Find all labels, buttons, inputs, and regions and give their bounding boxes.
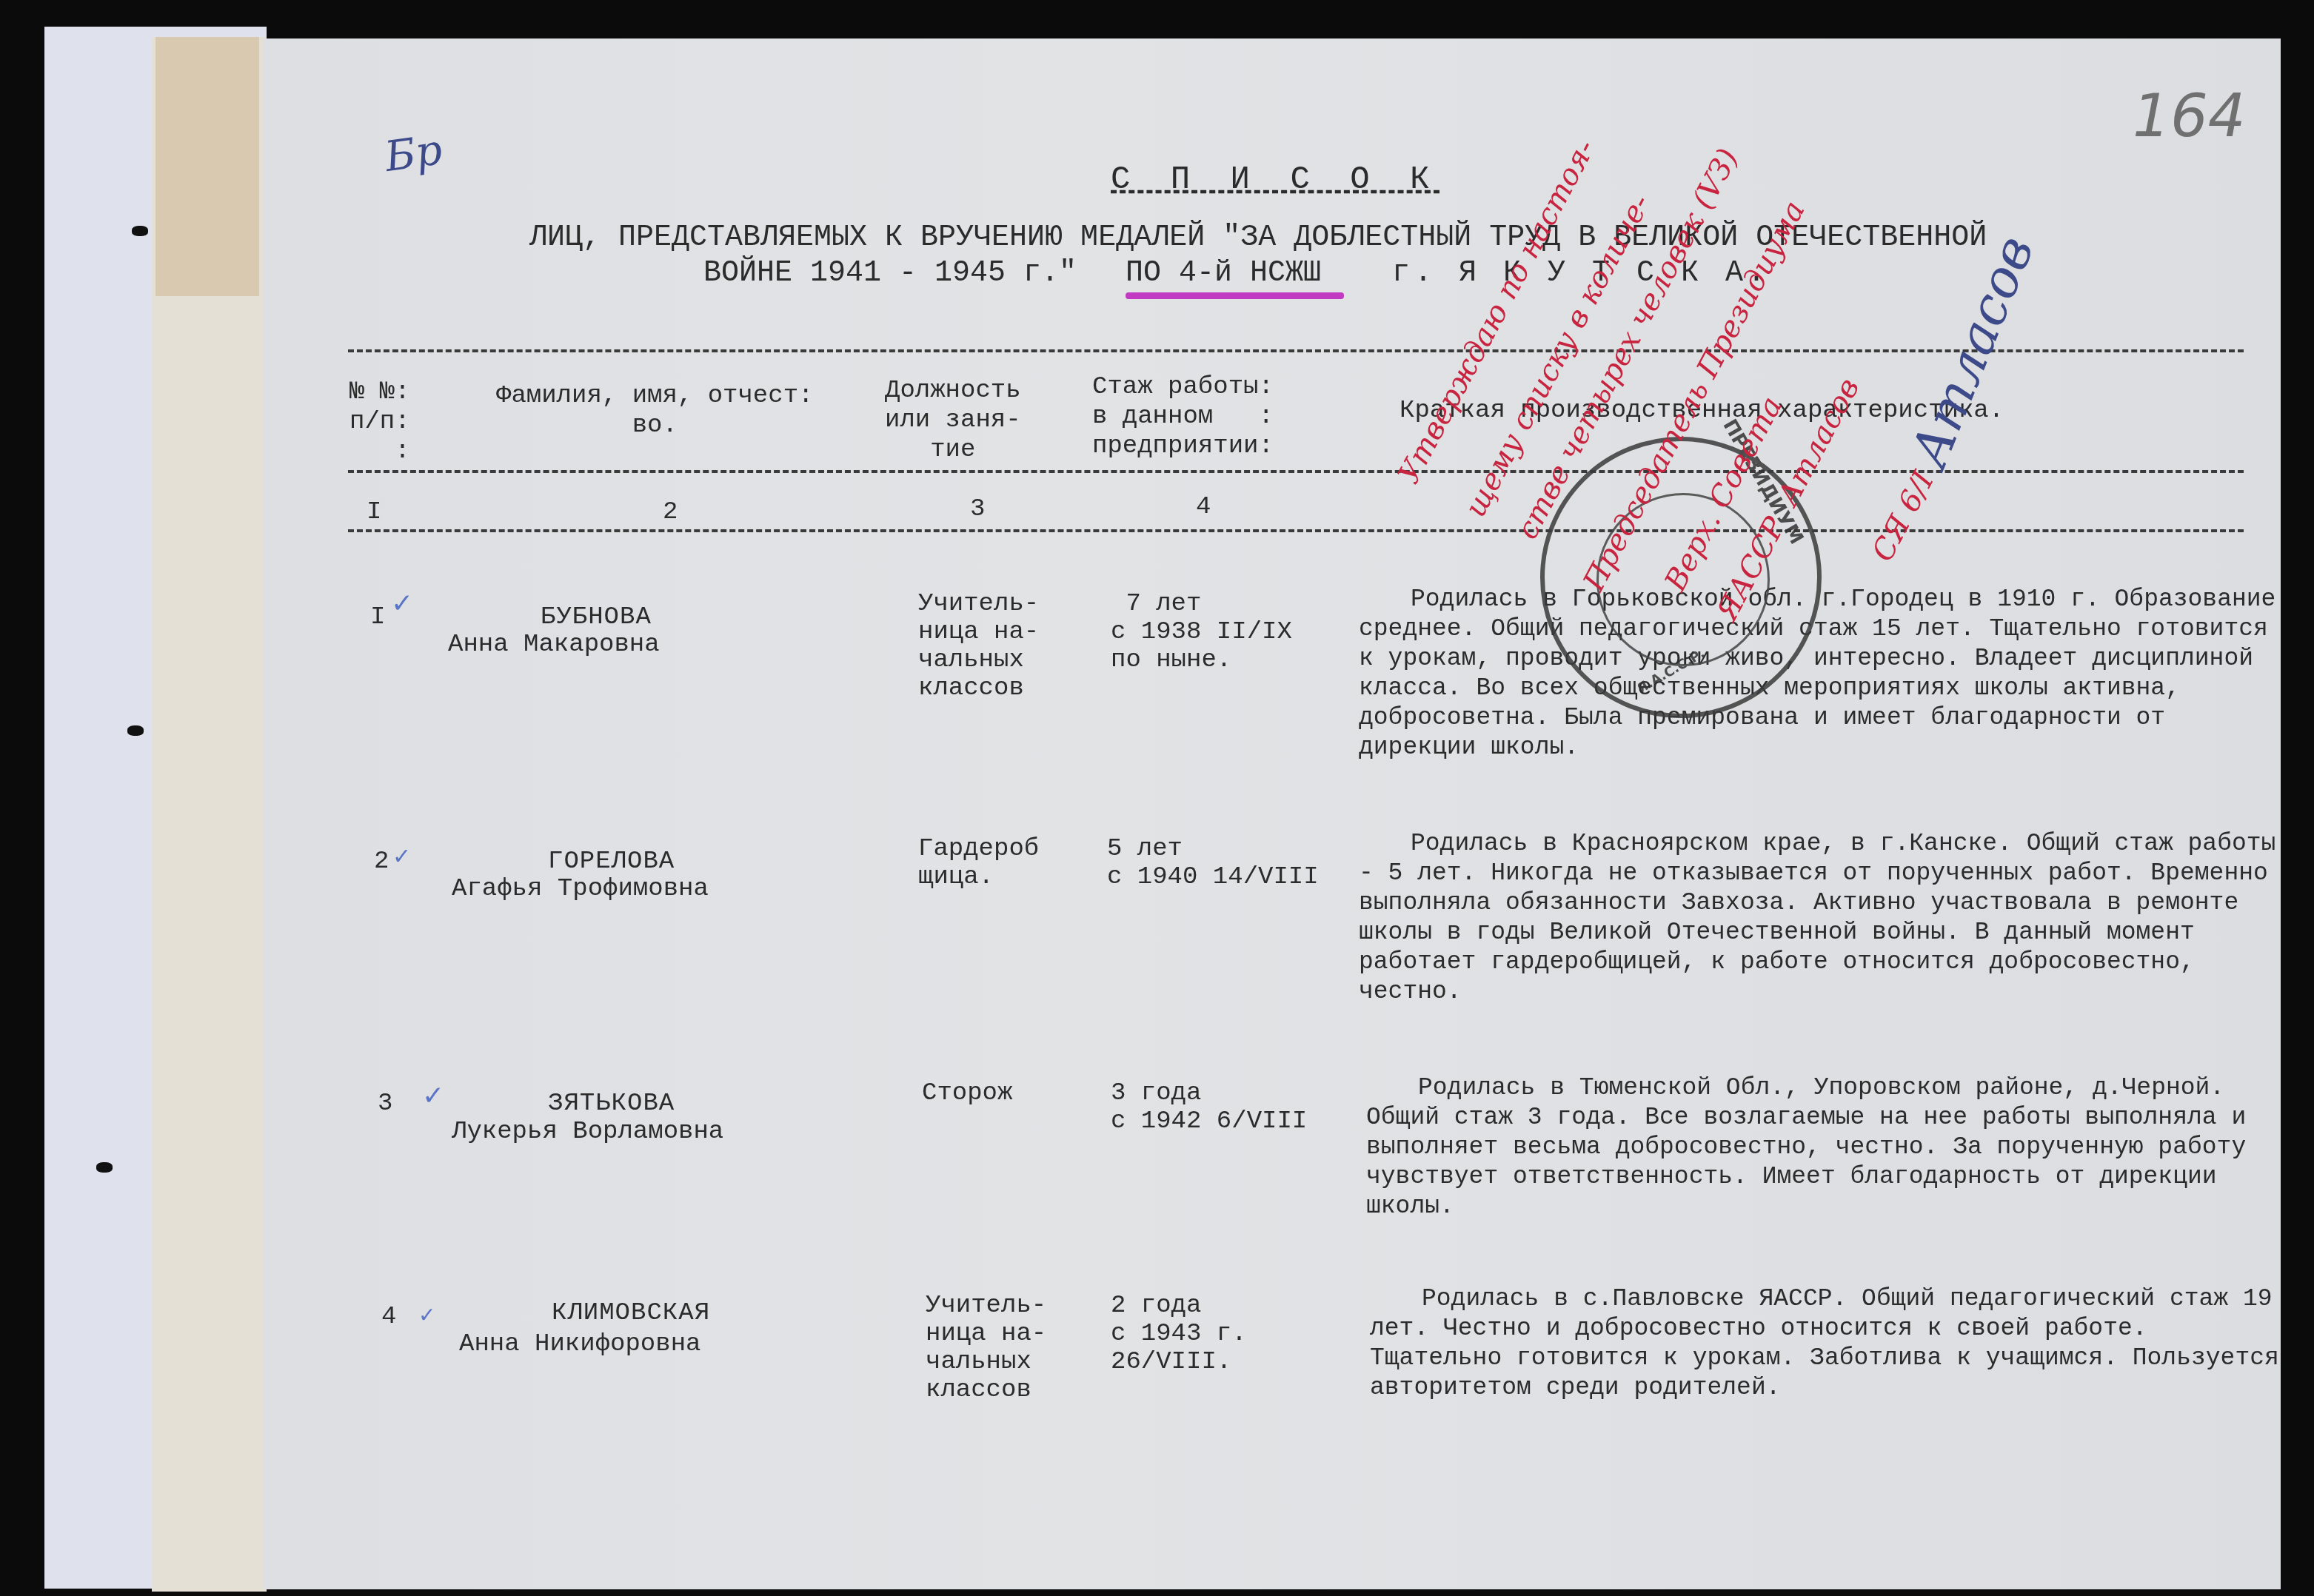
check-mark-icon: ✓ [418, 1303, 435, 1327]
last-name: ГОРЕЛОВА [548, 848, 675, 876]
header-position: Должность или заня- тие [885, 376, 1021, 465]
header-tenure: Стаж работы: в данном : предприятии: [1092, 372, 1274, 461]
characteristic: Родилась в с.Павловске ЯАССР. Общий педа… [1370, 1284, 2288, 1403]
page-number: 164 [2133, 81, 2246, 150]
document-subtitle-line2a: ВОЙНЕ 1941 - 1945 г." [703, 258, 1077, 290]
colnum-4: 4 [1196, 492, 1211, 522]
last-name: ЗЯТЬКОВА [548, 1090, 675, 1118]
table-rule-header [348, 470, 2244, 473]
colnum-1: I [367, 497, 381, 527]
check-mark-icon: ✓ [391, 589, 413, 619]
position: Сторож [922, 1079, 1012, 1107]
stamp-text-bottom: Я.А.С.С.Р. [1635, 646, 1708, 697]
binding-hole [96, 1162, 113, 1173]
position: Гардероб щица. [918, 835, 1039, 891]
corner-mark: Бр [382, 126, 445, 181]
first-patronymic: Лукерья Ворламовна [452, 1118, 723, 1146]
binding-hole [127, 725, 144, 736]
row-number: I [370, 603, 385, 631]
characteristic: Родилась в Тюменской Обл., Упоровском ра… [1366, 1073, 2284, 1221]
header-name: Фамилия, имя, отчест: во. [496, 381, 813, 440]
colnum-2: 2 [663, 497, 678, 527]
highlight-underline [1126, 292, 1344, 299]
tenure: 2 года с 1943 г. 26/VIII. [1111, 1292, 1247, 1376]
colnum-3: 3 [970, 494, 985, 524]
tenure: 5 лет с 1940 14/VIII [1107, 835, 1319, 891]
position: Учитель- ница на- чальных классов [918, 590, 1039, 703]
row-number: 3 [378, 1090, 392, 1118]
paper-tape [156, 37, 259, 296]
tenure: 7 лет с 1938 II/IX по ныне. [1111, 590, 1292, 674]
table-rule-colnums [348, 529, 2244, 532]
document-title: С П И С О К [1111, 161, 1439, 198]
check-mark-icon: ✓ [422, 1081, 444, 1111]
last-name: БУБНОВА [541, 603, 652, 631]
characteristic: Родилась в Горьковской обл. г.Городец в … [1359, 585, 2277, 762]
first-patronymic: Агафья Трофимовна [452, 875, 709, 903]
school-name: ПО 4-й НСЖШ [1126, 258, 1321, 290]
header-num: № №: п/п: : [350, 378, 410, 466]
characteristic: Родилась в Красноярском крае, в г.Канске… [1359, 829, 2277, 1007]
last-name: КЛИМОВСКАЯ [552, 1299, 710, 1327]
first-patronymic: Анна Никифоровна [459, 1330, 700, 1358]
check-mark-icon: ✓ [392, 844, 411, 870]
row-number: 2 [374, 848, 389, 876]
binding-hole [132, 226, 148, 236]
tenure: 3 года с 1942 6/VIII [1111, 1079, 1307, 1136]
position: Учитель- ница на- чальных классов [926, 1292, 1046, 1404]
row-number: 4 [381, 1303, 396, 1331]
first-patronymic: Анна Макаровна [448, 631, 660, 659]
